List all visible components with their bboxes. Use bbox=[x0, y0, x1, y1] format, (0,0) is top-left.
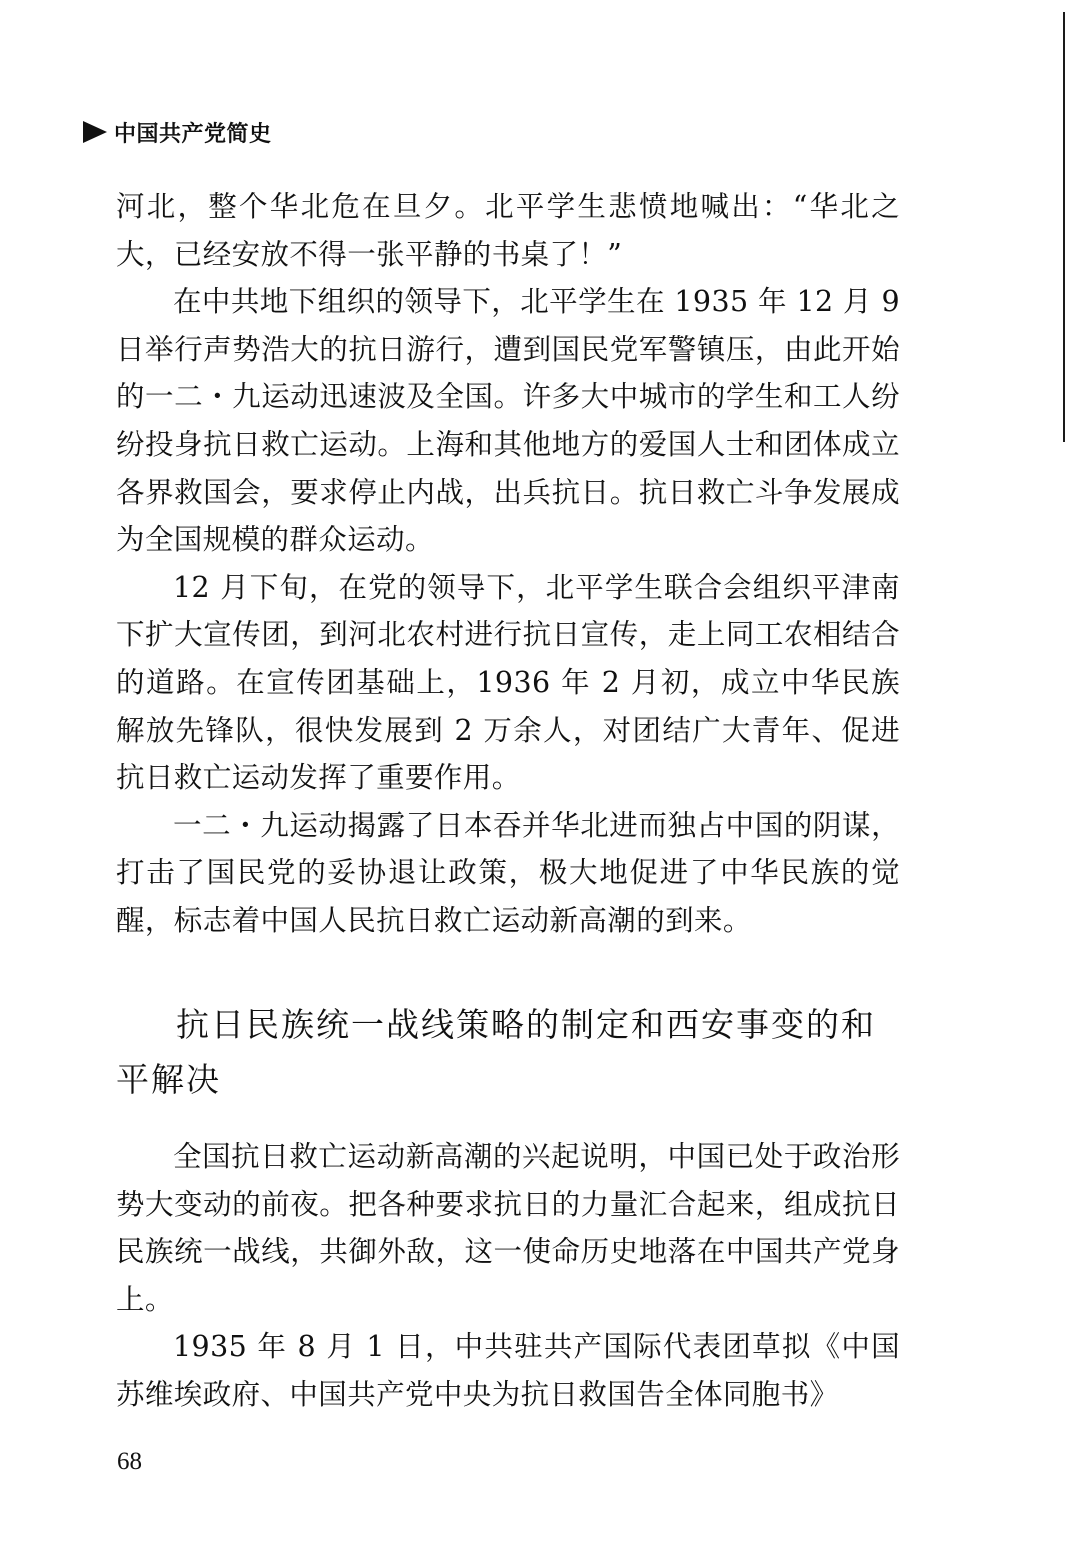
paragraph: 12 月下旬，在党的领导下，北平学生联合会组织平津南下扩大宣传团，到河北农村进行… bbox=[116, 564, 900, 802]
paragraph: 在中共地下组织的领导下，北平学生在 1935 年 12 月 9 日举行声势浩大的… bbox=[116, 278, 900, 564]
paragraph: 全国抗日救亡运动新高潮的兴起说明，中国已处于政治形势大变动的前夜。把各种要求抗日… bbox=[116, 1133, 900, 1323]
triangle-right-icon bbox=[83, 121, 107, 143]
section-heading: 抗日民族统一战线策略的制定和西安事变的和平解决 bbox=[116, 997, 900, 1107]
running-head: 中国共产党简史 bbox=[83, 117, 272, 147]
book-page: 中国共产党简史 河北，整个华北危在旦夕。北平学生悲愤地喊出：“华北之大，已经安放… bbox=[0, 0, 1080, 1546]
text-block-yi-er-jiu: 河北，整个华北危在旦夕。北平学生悲愤地喊出：“华北之大，已经安放不得一张平静的书… bbox=[116, 183, 900, 945]
paragraph: 1935 年 8 月 1 日，中共驻共产国际代表团草拟《中国苏维埃政府、中国共产… bbox=[116, 1323, 900, 1418]
paragraph-continuation: 河北，整个华北危在旦夕。北平学生悲愤地喊出：“华北之大，已经安放不得一张平静的书… bbox=[116, 183, 900, 278]
paragraph: 一二・九运动揭露了日本吞并华北进而独占中国的阴谋，打击了国民党的妥协退让政策，极… bbox=[116, 802, 900, 945]
page-number: 68 bbox=[117, 1448, 142, 1476]
page-binding-line bbox=[1063, 12, 1065, 442]
text-block-united-front: 全国抗日救亡运动新高潮的兴起说明，中国已处于政治形势大变动的前夜。把各种要求抗日… bbox=[116, 1133, 900, 1419]
book-title: 中国共产党简史 bbox=[114, 117, 272, 148]
